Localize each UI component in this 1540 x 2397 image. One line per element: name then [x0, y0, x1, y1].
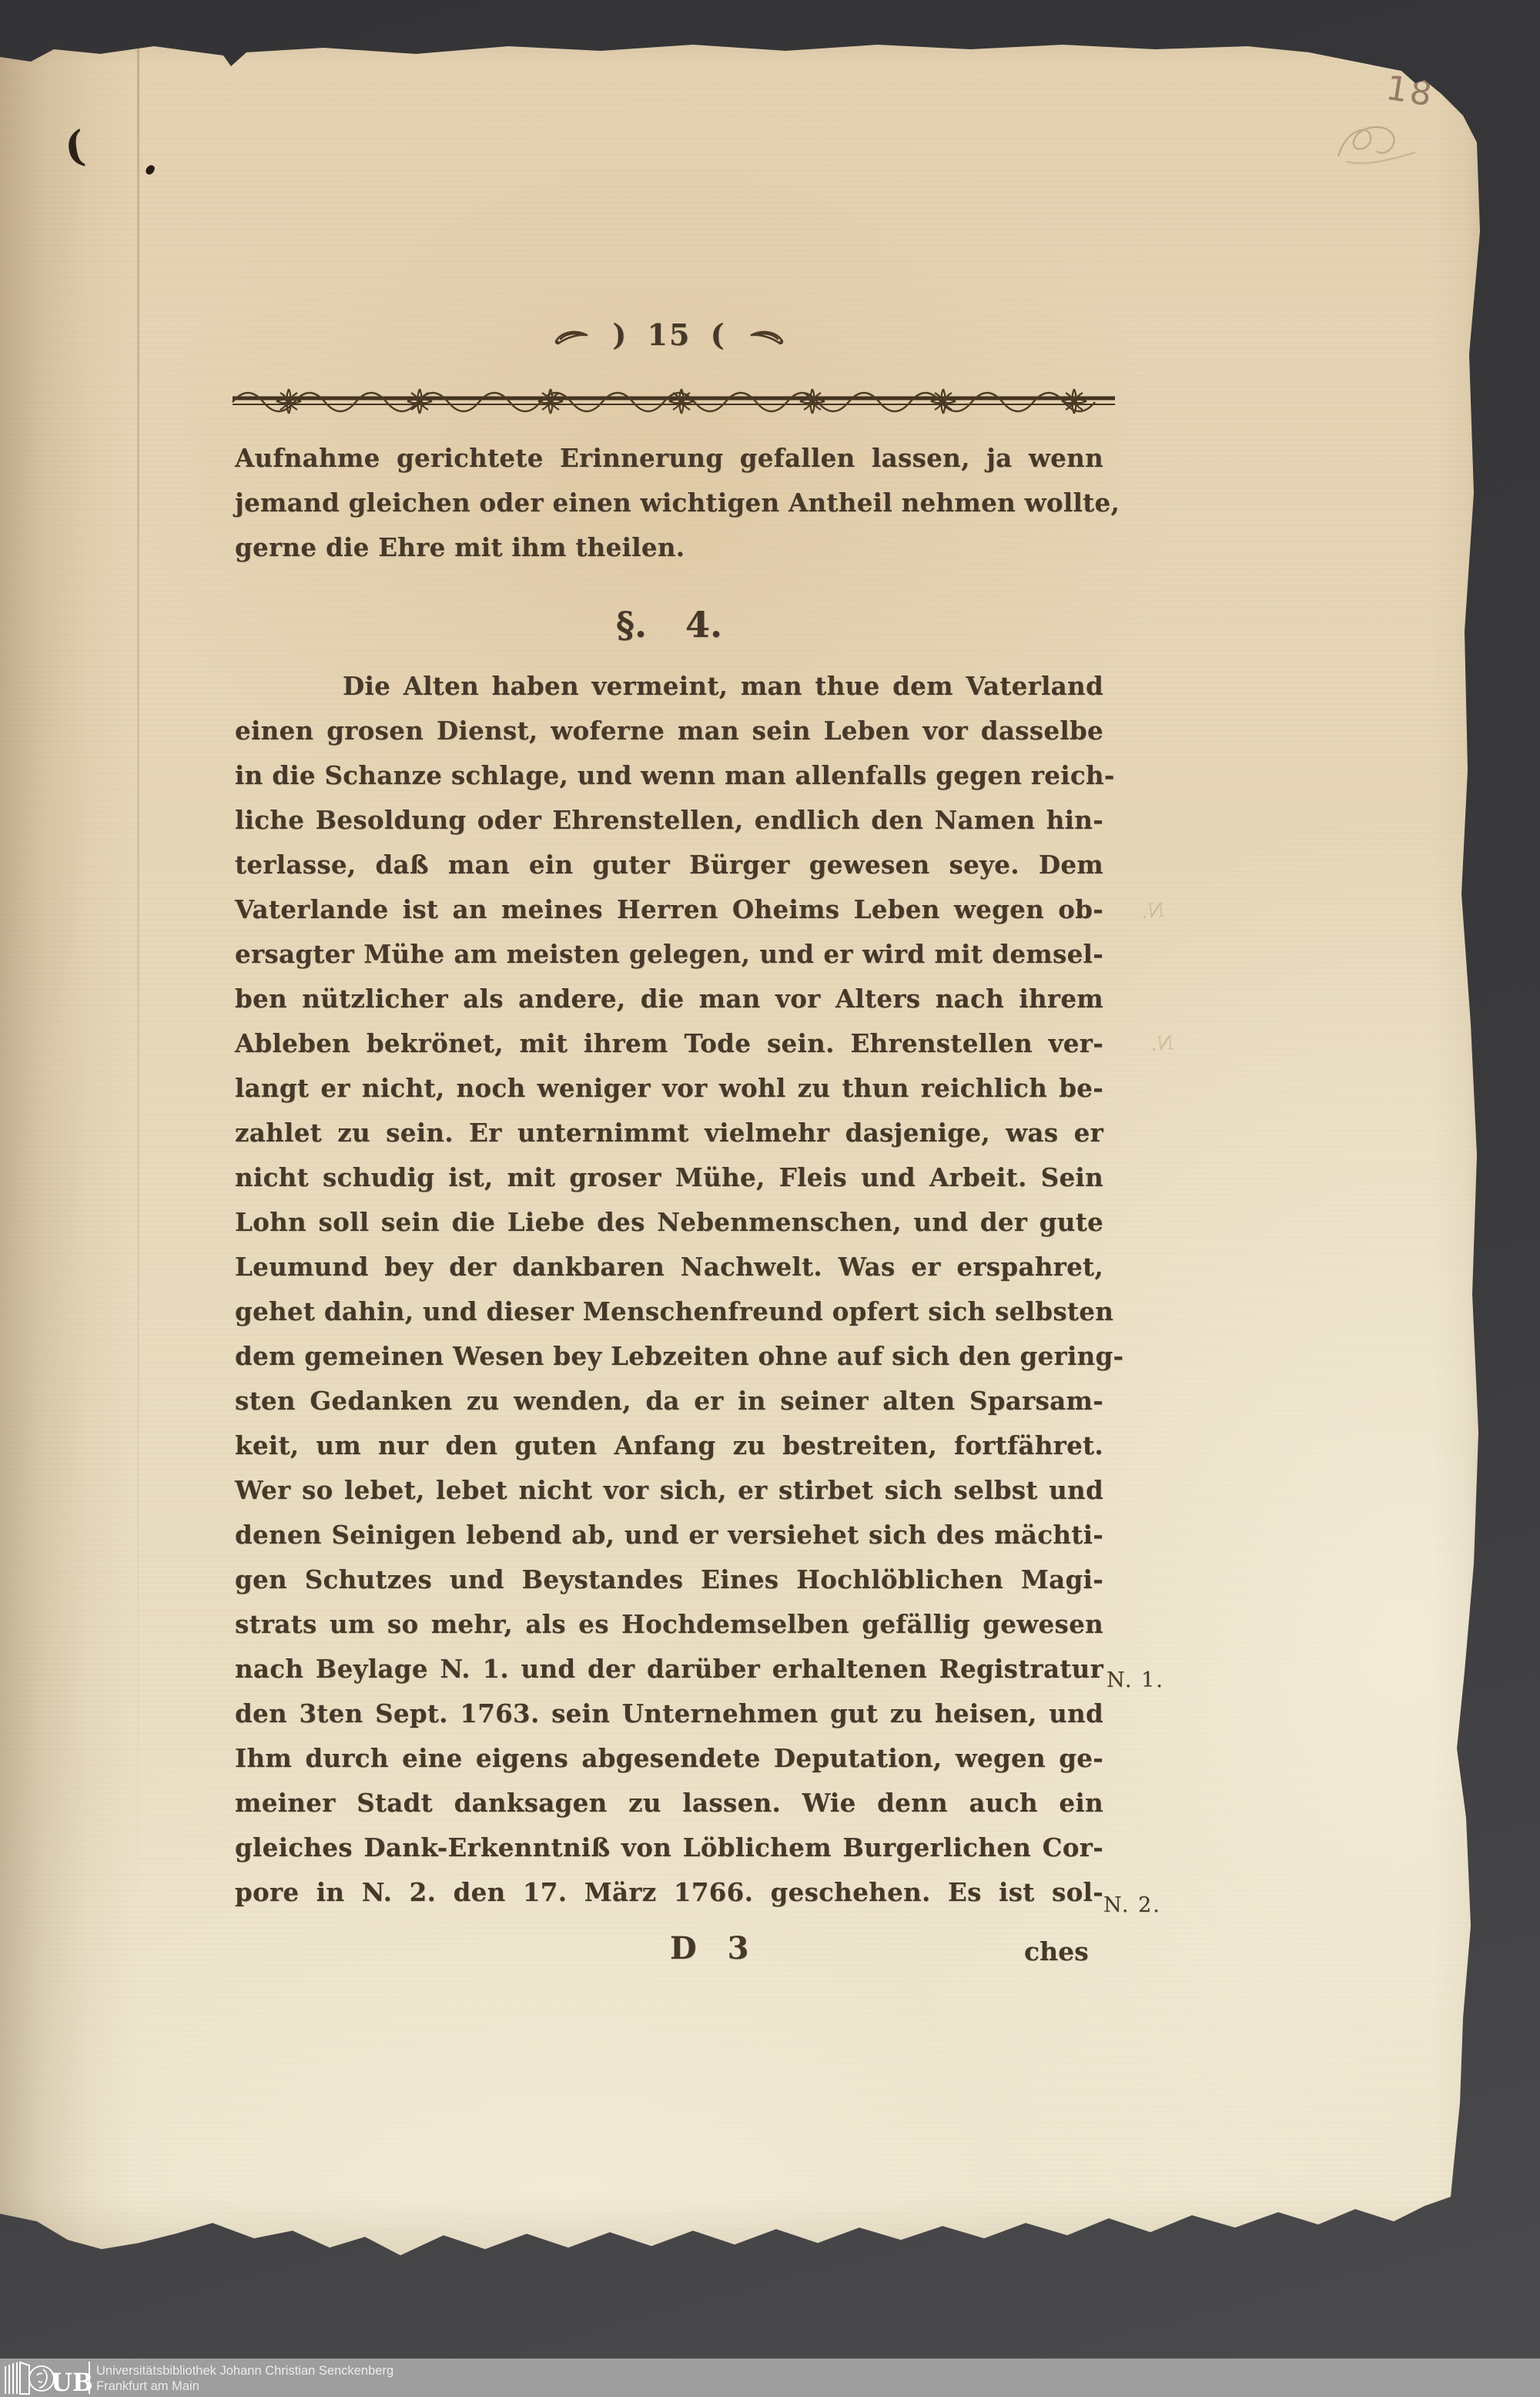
text-line: strats um so mehr, als es Hochdemselben … — [235, 1602, 1103, 1647]
show-through-note: N. — [1139, 899, 1165, 923]
page-number-close-bracket: ( — [711, 317, 726, 352]
gutter-crease — [137, 45, 139, 1970]
text-line: Ableben bekrönet, mit ihrem Tode sein. E… — [235, 1021, 1103, 1066]
running-head: ) 15 ( — [235, 317, 1103, 354]
ink-mark: ( — [62, 121, 88, 173]
text-line: ben nützlicher als andere, die man vor A… — [235, 977, 1103, 1021]
library-name: Universitätsbibliothek Johann Christian … — [96, 2363, 393, 2379]
text-line: gleiches Dank-Erkenntniß von Löblichem B… — [235, 1825, 1103, 1870]
text-line: liche Besoldung oder Ehrenstellen, endli… — [235, 798, 1103, 843]
page-number-open-bracket: ) — [612, 317, 628, 352]
text-line: terlasse, daß man ein guter Bürger gewes… — [235, 843, 1103, 887]
book-page: ) 15 ( — [0, 0, 1494, 2268]
text-line: nach Beylage N. 1. und der darüber erhal… — [235, 1647, 1103, 1691]
scan-viewport: ) 15 ( — [0, 0, 1540, 2397]
text-line: pore in N. 2. den 17. März 1766. gescheh… — [235, 1870, 1103, 1915]
aldus-leaf-icon — [748, 319, 784, 354]
text-line: gerne die Ehre mit ihm theilen. — [235, 525, 1103, 570]
ink-speck — [145, 163, 156, 176]
text-line: gehet dahin, und dieser Menschenfreund o… — [235, 1289, 1103, 1334]
text-line: denen Seinigen lebend ab, und er versieh… — [235, 1513, 1103, 1557]
ub-logo: UB — [3, 2360, 94, 2397]
text-line: einen grosen Dienst, woferne man sein Le… — [235, 709, 1103, 753]
text-line: keit, um nur den guten Anfang zu bestrei… — [235, 1423, 1103, 1468]
text-line: meiner Stadt danksagen zu lassen. Wie de… — [235, 1781, 1103, 1825]
library-location: Frankfurt am Main — [96, 2379, 393, 2394]
text-line: Vaterlande ist an meines Herren Oheims L… — [235, 887, 1103, 932]
text-line: zahlet zu sein. Er unternimmt vielmehr d… — [235, 1111, 1103, 1155]
catchword: ches — [1024, 1936, 1089, 1966]
text-line: langt er nicht, noch weniger vor wohl zu… — [235, 1066, 1103, 1111]
margin-note-n2: N. 2. — [1103, 1893, 1161, 1917]
floral-divider-icon — [231, 379, 1116, 425]
paragraph-continuation: Aufnahme gerichtete Erinnerung gefallen … — [235, 436, 1103, 570]
books-icon — [5, 2362, 29, 2394]
show-through-note: N. — [1148, 1031, 1174, 1055]
text-line: Lohn soll sein die Liebe des Nebenmensch… — [235, 1200, 1103, 1245]
section-heading: §. 4. — [235, 604, 1103, 645]
page-number: 15 — [648, 317, 691, 352]
library-caption: Universitätsbibliothek Johann Christian … — [96, 2363, 393, 2394]
text-line: Aufnahme gerichtete Erinnerung gefallen … — [235, 436, 1103, 481]
aldus-leaf-icon — [554, 319, 590, 354]
text-line: jemand gleichen oder einen wichtigen Ant… — [235, 481, 1103, 525]
text-line: dem gemeinen Wesen bey Lebzeiten ohne au… — [235, 1334, 1103, 1379]
text-line: den 3ten Sept. 1763. sein Unternehmen gu… — [235, 1691, 1103, 1736]
text-line: ersagter Mühe am meisten gelegen, und er… — [235, 932, 1103, 977]
ink-doodle-icon — [1323, 114, 1442, 180]
margin-note-n1: N. 1. — [1106, 1668, 1164, 1692]
text-line: gen Schutzes und Beystandes Eines Hochlö… — [235, 1557, 1103, 1602]
ub-logo-text: UB — [51, 2368, 93, 2395]
text-line: sten Gedanken zu wenden, da er in seiner… — [235, 1379, 1103, 1423]
text-line: Die Alten haben vermeint, man thue dem V… — [235, 664, 1103, 709]
signature-mark: D 3 — [670, 1930, 748, 1966]
text-line: Ihm durch eine eigens abgesendete Deputa… — [235, 1736, 1103, 1781]
text-line: in die Schanze schlage, und wenn man all… — [235, 753, 1103, 798]
body-paragraph: Die Alten haben vermeint, man thue dem V… — [235, 664, 1103, 1915]
text-line: Leumund bey der dankbaren Nachwelt. Was … — [235, 1245, 1103, 1289]
text-line: nicht schudig ist, mit groser Mühe, Flei… — [235, 1155, 1103, 1200]
handwritten-folio-number: 18 - — [1384, 69, 1465, 119]
text-line: Wer so lebet, lebet nicht vor sich, er s… — [235, 1468, 1103, 1513]
library-banner: UB Universitätsbibliothek Johann Christi… — [0, 2358, 1540, 2397]
